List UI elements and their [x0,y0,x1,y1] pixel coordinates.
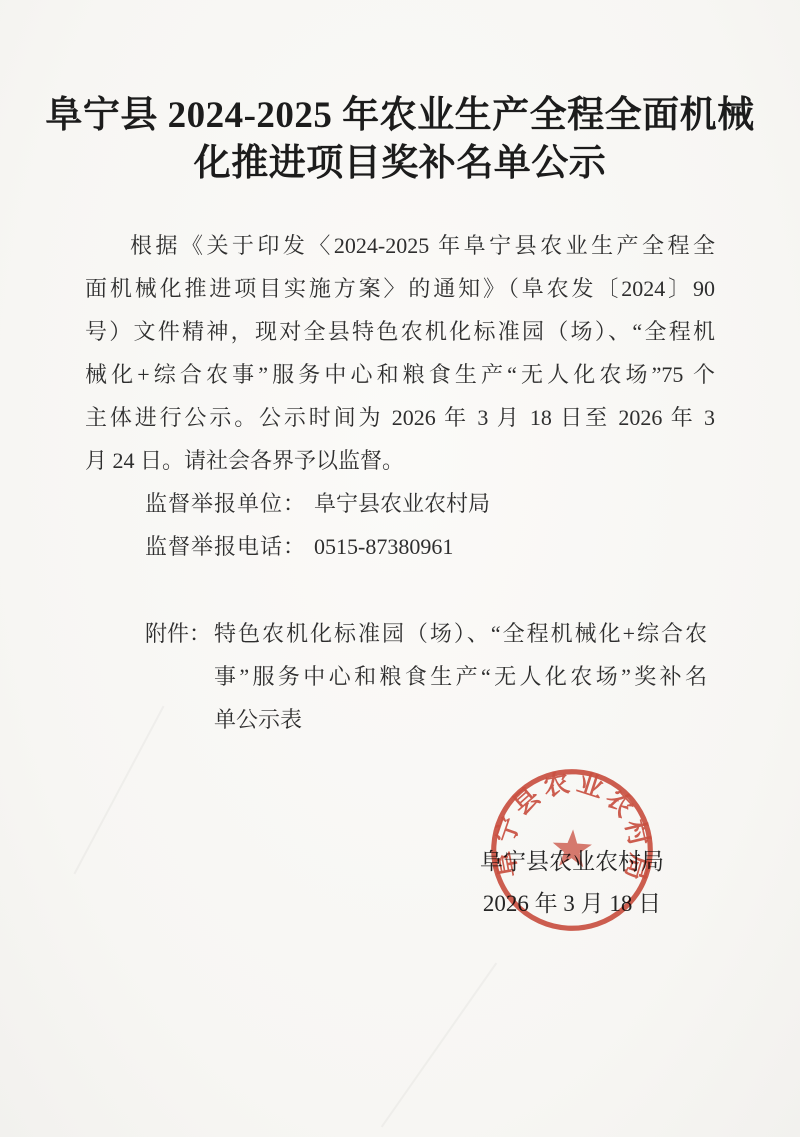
title-line-1: 阜宁县 2024-2025 年农业生产全程全面机械 [40,92,760,140]
body-text: 根据《关于印发〈2024-2025 年阜宁县农业生产全程全 面机械化推进项目实施… [85,224,715,568]
document-page: 阜宁县 2024-2025 年农业生产全程全面机械 化推进项目奖补名单公示 根据… [0,0,800,1137]
title-line-2: 化推进项目奖补名单公示 [40,140,760,188]
official-seal: 阜宁县农业农村局 [482,760,663,941]
paragraph-line: 主体进行公示。公示时间为 2026 年 3 月 18 日至 2026 年 3 [85,396,715,439]
report-unit-label: 监督举报单位： [145,491,306,516]
attachment-note: 附件： 特色农机化标准园（场）、“全程机械化+综合农 事”服务中心和粮食生产“无… [145,612,707,741]
report-unit-line: 监督举报单位：阜宁县农业农村局 [85,482,715,525]
seal-text: 阜宁县农业农村局 [488,763,659,888]
paragraph-line: 根据《关于印发〈2024-2025 年阜宁县农业生产全程全 [85,224,715,267]
paragraph-line: 月 24 日。请社会各界予以监督。 [85,439,715,482]
paragraph-line: 械化+综合农事”服务中心和粮食生产“无人化农场”75 个 [85,353,715,396]
attachment-line: 单公示表 [214,698,707,741]
report-phone-line: 监督举报电话：0515-87380961 [85,525,715,568]
scan-crease [74,706,165,875]
report-phone-value: 0515-87380961 [306,534,453,559]
paragraph-line: 号）文件精神，现对全县特色农机化标准园（场）、“全程机 [85,310,715,353]
scan-crease [381,963,497,1128]
report-phone-label: 监督举报电话： [145,534,306,559]
report-unit-value: 阜宁县农业农村局 [306,491,490,516]
attachment-line: 事”服务中心和粮食生产“无人化农场”奖补名 [214,655,707,698]
attachment-line: 特色农机化标准园（场）、“全程机械化+综合农 [214,612,707,655]
document-title: 阜宁县 2024-2025 年农业生产全程全面机械 化推进项目奖补名单公示 [40,92,760,188]
paragraph-line: 面机械化推进项目实施方案〉的通知》（阜农发〔2024〕90 [85,267,715,310]
seal-star-icon [552,828,593,867]
attachment-content: 特色农机化标准园（场）、“全程机械化+综合农 事”服务中心和粮食生产“无人化农场… [214,612,707,741]
